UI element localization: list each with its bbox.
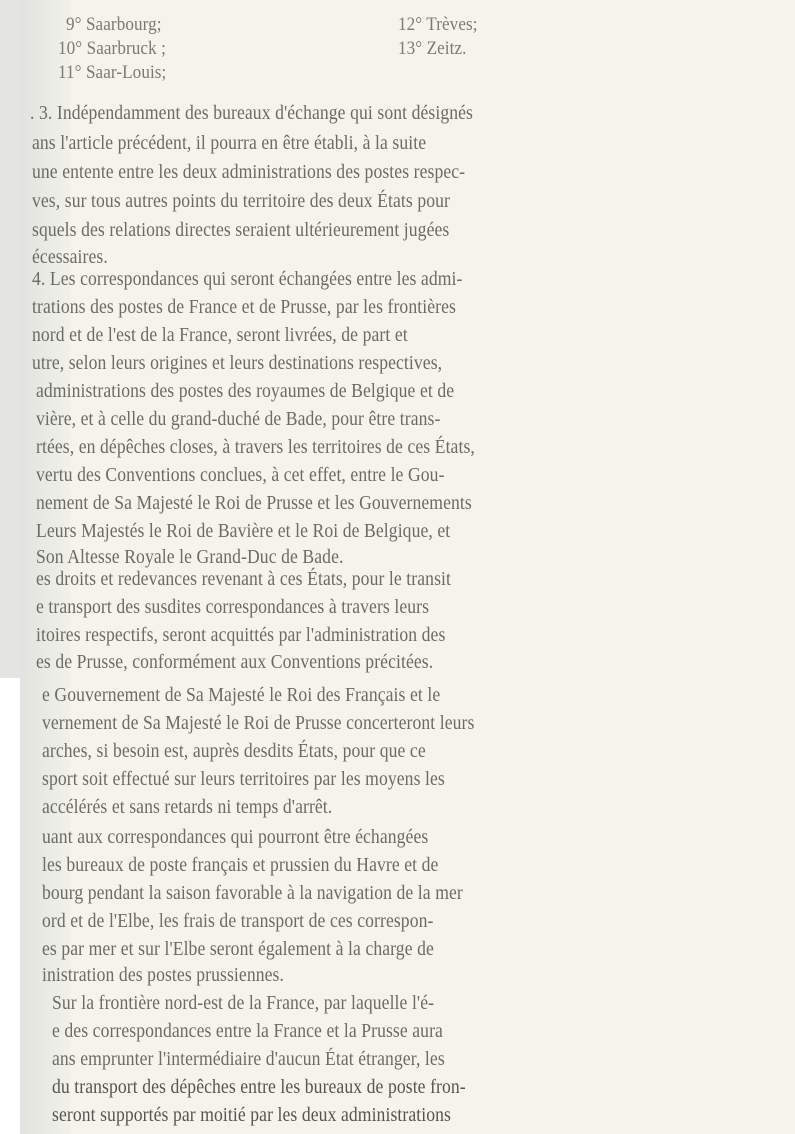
list-item: 12° Trèves; — [398, 14, 478, 36]
text-line: e des correspondances entre la France et… — [52, 1020, 443, 1043]
text-line: e Gouvernement de Sa Majesté le Roi des … — [42, 684, 440, 707]
text-line: vertu des Conventions conclues, à cet ef… — [36, 464, 445, 487]
text-line: inistration des postes prussiennes. — [42, 964, 284, 987]
list-number: 11° — [58, 62, 82, 83]
text-line: itoires respectifs, seront acquittés par… — [36, 624, 445, 647]
text-line: uant aux correspondances qui pourront êt… — [42, 826, 428, 849]
text-line: une entente entre les deux administratio… — [32, 161, 465, 184]
text-line: administrations des postes des royaumes … — [36, 380, 454, 403]
list-item: 9° Saarbourg; — [66, 14, 162, 36]
text-line: nement de Sa Majesté le Roi de Prusse et… — [36, 492, 472, 515]
text-line: sport soit effectué sur leurs territoire… — [42, 768, 445, 791]
list-item: 10° Saarbruck ; — [58, 38, 166, 60]
text-line: ves, sur tous autres points du territoir… — [32, 190, 450, 213]
text-line: e transport des susdites correspondances… — [36, 596, 429, 619]
list-town-name: Saarbruck ; — [87, 38, 166, 59]
text-line: trations des postes de France et de Prus… — [32, 296, 456, 319]
list-town-name: Trèves; — [426, 14, 477, 35]
text-line: vernement de Sa Majesté le Roi de Prusse… — [42, 712, 474, 735]
text-line: ans l'article précédent, il pourra en êt… — [32, 132, 426, 155]
list-town-name: Zeitz. — [427, 38, 467, 59]
text-line: bourg pendant la saison favorable à la n… — [42, 882, 463, 905]
text-line: 4. Les correspondances qui seront échang… — [32, 268, 462, 291]
text-line: du transport des dépêches entre les bure… — [52, 1076, 466, 1099]
text-line: Leurs Majestés le Roi de Bavière et le R… — [36, 520, 450, 543]
list-number: 13° — [398, 38, 422, 59]
text-line: es de Prusse, conformément aux Conventio… — [36, 651, 433, 674]
text-line: vière, et à celle du grand-duché de Bade… — [36, 408, 440, 431]
list-number: 10° — [58, 38, 82, 59]
text-line: les bureaux de poste français et prussie… — [42, 854, 438, 877]
text-line: Son Altesse Royale le Grand-Duc de Bade. — [36, 546, 343, 569]
text-line: seront supportés par moitié par les deux… — [52, 1104, 451, 1127]
text-line: rtées, en dépêches closes, à travers les… — [36, 436, 475, 459]
text-line: es droits et redevances revenant à ces É… — [36, 568, 451, 591]
text-line: es par mer et sur l'Elbe seront égalemen… — [42, 938, 434, 961]
text-line: Sur la frontière nord-est de la France, … — [52, 992, 434, 1015]
book-page: 9° Saarbourg; 10° Saarbruck ; 11° Saar-L… — [22, 0, 795, 1134]
list-number: 9° — [66, 14, 82, 35]
scan-edge-notch — [0, 678, 20, 1134]
text-line: ord et de l'Elbe, les frais de transport… — [42, 910, 433, 933]
list-number: 12° — [398, 14, 422, 35]
text-line: utre, selon leurs origines et leurs dest… — [32, 352, 442, 375]
text-line: accélérés et sans retards ni temps d'arr… — [42, 796, 332, 819]
list-item: 11° Saar-Louis; — [58, 62, 166, 84]
text-line: nord et de l'est de la France, seront li… — [32, 324, 408, 347]
text-line: squels des relations directes seraient u… — [32, 219, 449, 242]
list-town-name: Saar-Louis; — [86, 62, 166, 83]
text-line: écessaires. — [32, 246, 108, 269]
text-line: arches, si besoin est, auprès desdits Ét… — [42, 740, 426, 763]
text-line: . 3. Indépendamment des bureaux d'échang… — [30, 102, 473, 125]
list-town-name: Saarbourg; — [86, 14, 162, 35]
list-item: 13° Zeitz. — [398, 38, 467, 60]
text-line: ans emprunter l'intermédiaire d'aucun Ét… — [52, 1048, 445, 1071]
